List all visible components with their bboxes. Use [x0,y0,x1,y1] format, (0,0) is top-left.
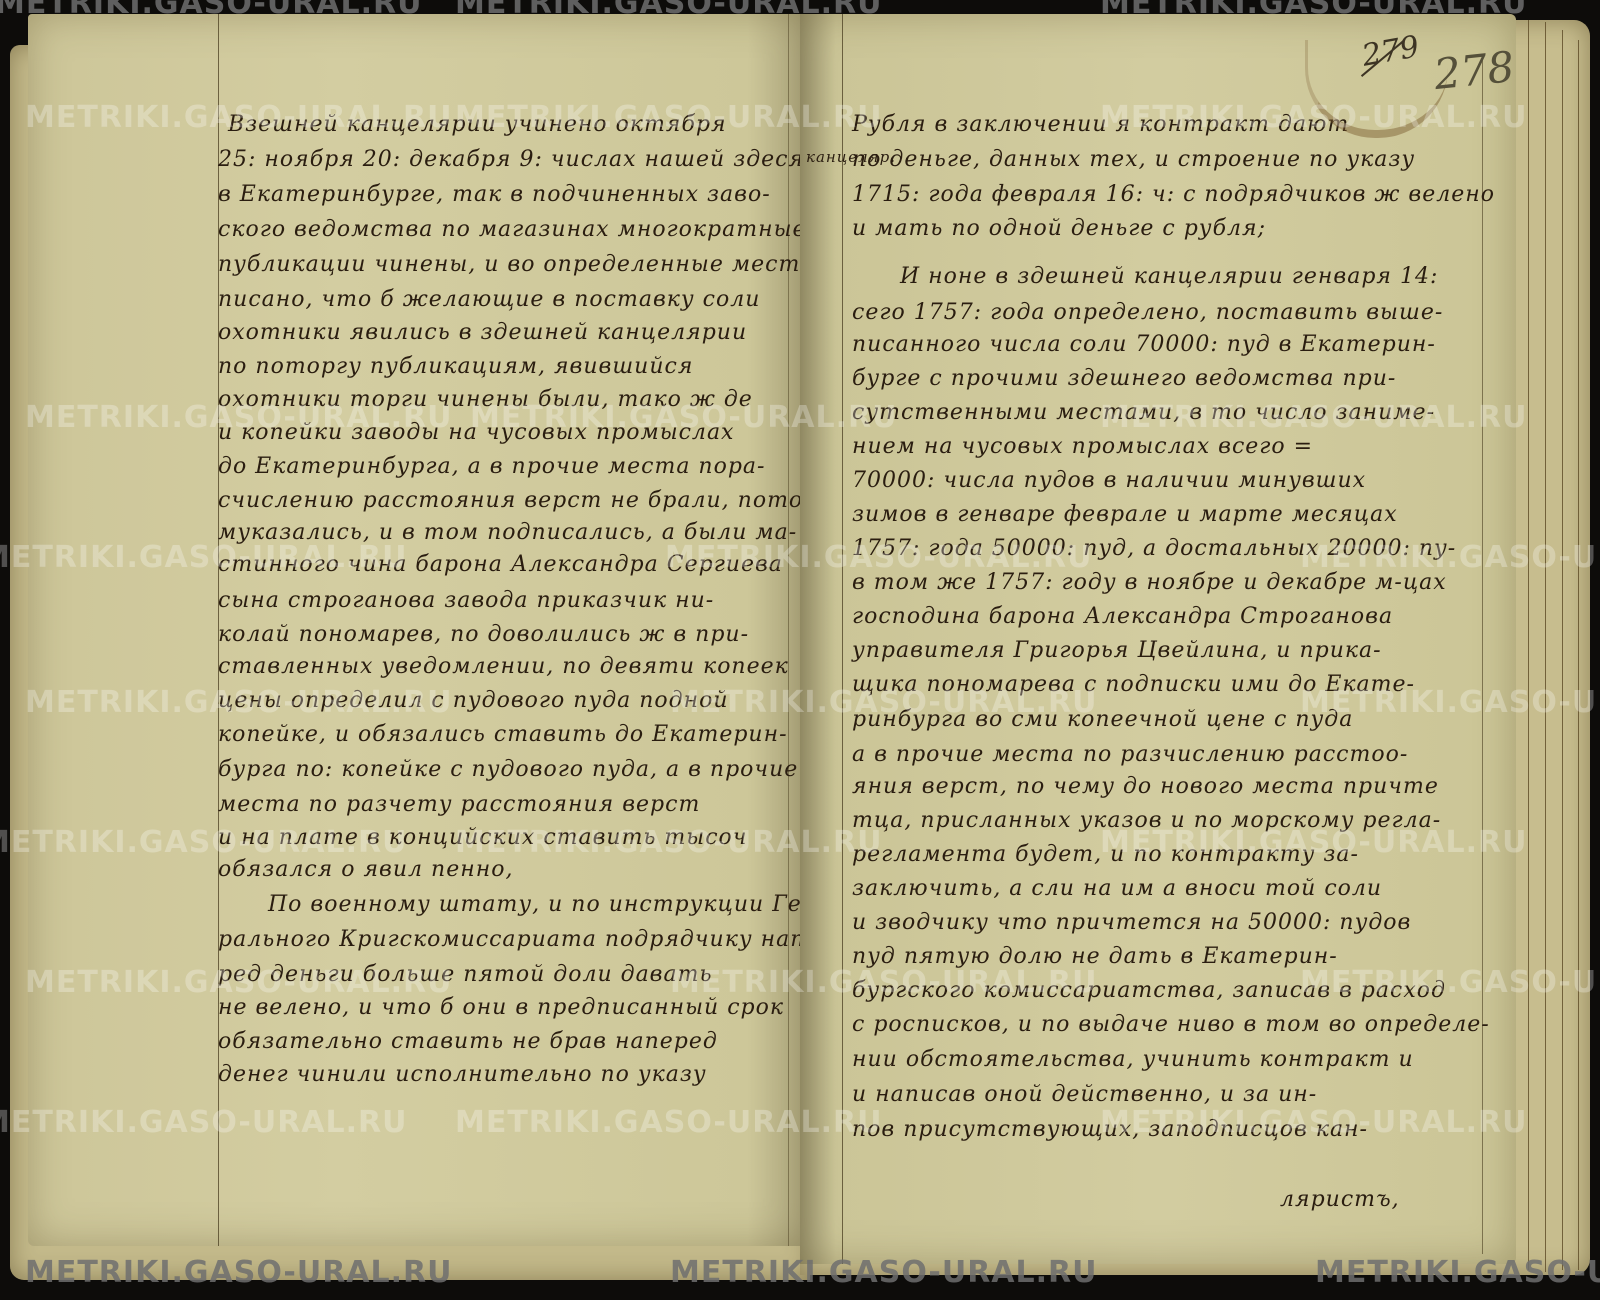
manuscript-line: зимов в генваре феврале и марте месяцах [852,500,1398,530]
manuscript-line: сего 1757: года определено, поставить вы… [852,298,1443,328]
manuscript-line: бурге с прочими здешнего ведомства при- [852,364,1396,394]
watermark: METRIKI.GASO-URAL.RU [1100,1105,1528,1140]
manuscript-line: нии обстоятельства, учинить контракт и [852,1045,1414,1075]
manuscript-line: по поторгу публикациям, явившийся [218,352,693,382]
manuscript-line: колай пономарев, по доволились ж в при- [218,620,749,650]
watermark: METRIKI.GASO-URAL.RU [1300,965,1600,1000]
manuscript-line: копейке, и обязались ставить до Екатерин… [218,720,788,750]
manuscript-line: публикации чинены, и во определенные мес… [218,250,814,280]
manuscript-line: обязательно ставить не брав наперед [218,1027,718,1057]
manuscript-line: И ноне в здешней канцелярии генваря 14: [900,262,1438,292]
manuscript-line: управителя Григорья Цвейлина, и прика- [852,636,1382,666]
watermark: METRIKI.GASO-URAL.RU [0,540,408,575]
manuscript-line: ляристъ, [1280,1185,1400,1215]
right-margin-rule [1482,54,1483,1254]
watermark: METRIKI.GASO-URAL.RU [455,0,883,21]
watermark: METRIKI.GASO-URAL.RU [1300,685,1600,720]
manuscript-line: заключить, а сли на им а вноси той соли [852,874,1382,904]
manuscript-line: писанного числа соли 70000: пуд в Екатер… [852,330,1436,360]
watermark: METRIKI.GASO-URAL.RU [0,825,408,860]
watermark: METRIKI.GASO-URAL.RU [665,540,1093,575]
manuscript-line: охотники явились в здешней канцелярии [218,318,747,348]
manuscript-line: ского ведомства по магазинах многократны… [218,215,807,245]
watermark: METRIKI.GASO-URAL.RU [0,0,423,21]
left-margin-rule [842,14,843,1264]
watermark: METRIKI.GASO-URAL.RU [1100,0,1528,21]
page-edge-line [1562,30,1563,1270]
watermark: METRIKI.GASO-URAL.RU [25,1255,453,1290]
watermark: METRIKI.GASO-URAL.RU [1100,825,1528,860]
watermark: METRIKI.GASO-URAL.RU [25,965,453,1000]
watermark: METRIKI.GASO-URAL.RU [1100,100,1528,135]
manuscript-line: места по разчету расстояния верст [218,790,700,820]
manuscript-line: денег чинили исполнительно по указу [218,1060,707,1090]
manuscript-line: и зводчику что причтется на 50000: пудов [852,908,1411,938]
watermark: METRIKI.GASO-URAL.RU [670,965,1098,1000]
manuscript-line: сына строганова завода приказчик ни- [218,586,714,616]
manuscript-line: писано, что б желающие в поставку соли [218,285,760,315]
watermark: METRIKI.GASO-URAL.RU [1300,540,1600,575]
marginal-note: канцеляр. [806,142,896,172]
scanned-manuscript: Взешней канцелярии учинено октября25: но… [0,0,1600,1300]
watermark: METRIKI.GASO-URAL.RU [25,685,453,720]
manuscript-line: с росписков, и по выдаче ниво в том во о… [852,1010,1490,1040]
manuscript-line: нием на чусовых промыслах всего = [852,432,1313,462]
folio-number-new: 278 [1432,42,1517,99]
watermark: METRIKI.GASO-URAL.RU [455,100,883,135]
manuscript-line: бурга по: копейке с пудового пуда, а в п… [218,755,798,785]
manuscript-line: а в прочие места по разчислению расстоо- [852,740,1408,770]
manuscript-line: яния верст, по чему до нового места прич… [852,772,1439,802]
watermark: METRIKI.GASO-URAL.RU [1100,400,1528,435]
watermark: METRIKI.GASO-URAL.RU [1315,1255,1600,1290]
manuscript-line: 1715: года февраля 16: ч: с подрядчиков … [852,180,1495,210]
page-edge-line [1545,22,1546,1272]
manuscript-line: счислению расстояния верст не брали, пот… [218,486,812,516]
watermark: METRIKI.GASO-URAL.RU [25,100,453,135]
watermark: METRIKI.GASO-URAL.RU [670,1255,1098,1290]
manuscript-line: в Екатеринбурге, так в подчиненных заво- [218,180,771,210]
manuscript-line: рального Кригскомиссариата подрядчику на… [218,925,828,955]
manuscript-line: По военному штату, и по инструкции Гене- [268,890,840,920]
manuscript-line: 25: ноября 20: декабря 9: числах нашей з… [218,145,804,175]
manuscript-line: до Екатеринбурга, а в прочие места пора- [218,452,765,482]
page-edge-line [1578,40,1579,1270]
watermark: METRIKI.GASO-URAL.RU [455,825,883,860]
manuscript-line: по деньге, данных тех, и строение по ука… [852,145,1415,175]
watermark: METRIKI.GASO-URAL.RU [670,685,1098,720]
watermark: METRIKI.GASO-URAL.RU [0,1105,408,1140]
watermark: METRIKI.GASO-URAL.RU [470,400,898,435]
manuscript-line: господина барона Александра Строганова [852,602,1393,632]
watermark: METRIKI.GASO-URAL.RU [455,1105,883,1140]
manuscript-line: 70000: числа пудов в наличии минувших [852,466,1366,496]
manuscript-line: ставленных уведомлении, по девяти копеек [218,652,789,682]
watermark: METRIKI.GASO-URAL.RU [25,400,453,435]
page-edge-line [1528,20,1529,1270]
right-margin-rule [788,14,789,1246]
manuscript-line: и мать по одной деньге с рубля; [852,214,1266,244]
